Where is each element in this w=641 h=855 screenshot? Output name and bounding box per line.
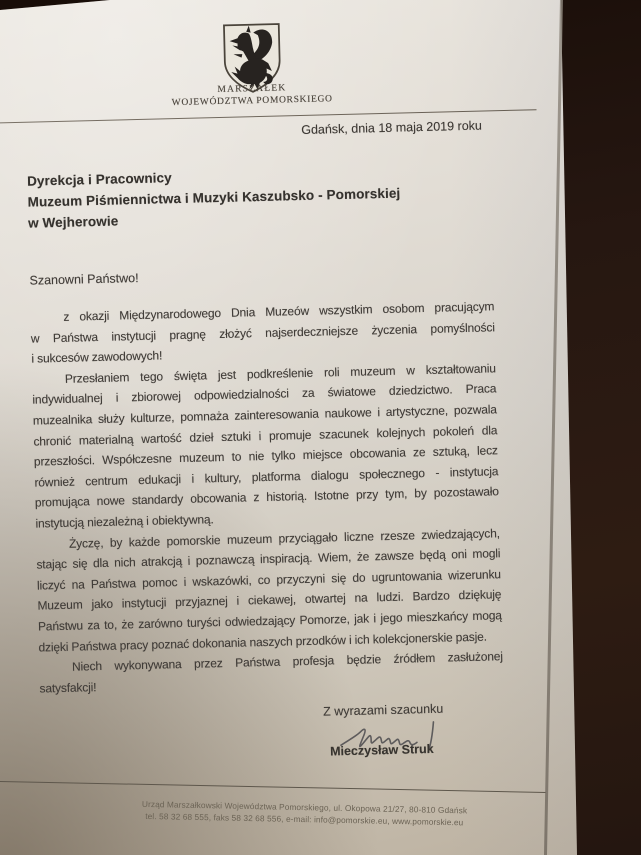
body-paragraph: z okazji Międzynarodowego Dnia Muzeów ws… bbox=[30, 296, 495, 369]
salutation: Szanowni Państwo! bbox=[29, 271, 138, 288]
body-paragraph: Przesłaniem tego święta jest podkreśleni… bbox=[32, 358, 500, 534]
photo-of-letter: MARSZAŁEK WOJEWÓDZTWA POMORSKIEGO Gdańsk… bbox=[0, 0, 641, 855]
letter-content: MARSZAŁEK WOJEWÓDZTWA POMORSKIEGO Gdańsk… bbox=[9, 0, 532, 855]
closing-phrase: Z wyrazami szacunku bbox=[323, 702, 443, 719]
date-line: Gdańsk, dnia 18 maja 2019 roku bbox=[12, 118, 494, 144]
letter-paper: MARSZAŁEK WOJEWÓDZTWA POMORSKIEGO Gdańsk… bbox=[0, 0, 641, 855]
letter-body: z okazji Międzynarodowego Dnia Muzeów ws… bbox=[30, 296, 503, 699]
recipient-block: Dyrekcja i Pracownicy Muzeum Piśmiennict… bbox=[27, 162, 401, 234]
letter-footer: Urząd Marszałkowski Województwa Pomorski… bbox=[0, 781, 600, 853]
signatory-name: Mieczysław Struk bbox=[330, 742, 434, 759]
body-paragraph: Życzę, by każde pomorskie muzeum przycią… bbox=[36, 523, 503, 658]
